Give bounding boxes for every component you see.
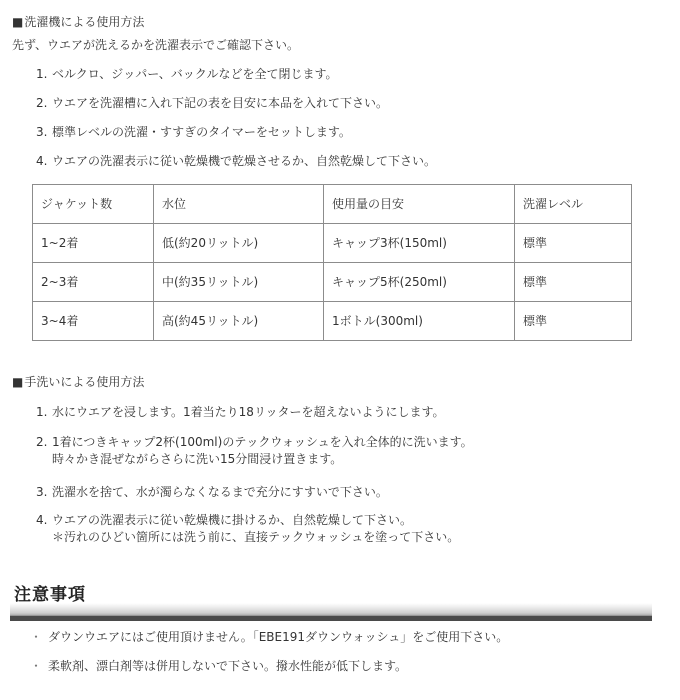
table-cell: キャップ5杯(250ml) bbox=[324, 263, 515, 302]
table-cell: 中(約35リットル) bbox=[154, 263, 324, 302]
note-item: ・ダウンウエアにはご使用頂けません。「EBE191ダウンウォッシュ」をご使用下さ… bbox=[30, 631, 508, 643]
table-row: 1~2着 低(約20リットル) キャップ3杯(150ml) 標準 bbox=[33, 224, 632, 263]
machine-wash-title: ■洗濯機による使用方法 bbox=[12, 16, 144, 28]
table-header-cell: 水位 bbox=[154, 185, 324, 224]
machine-step-4: 4.ウエアの洗濯表示に従い乾燥機で乾燥させるか、自然乾燥して下さい。 bbox=[36, 155, 436, 167]
table-header-cell: ジャケット数 bbox=[33, 185, 154, 224]
machine-step-3: 3.標準レベルの洗濯・すすぎのタイマーをセットします。 bbox=[36, 126, 351, 138]
table-cell: キャップ3杯(150ml) bbox=[324, 224, 515, 263]
hand-wash-title: ■手洗いによる使用方法 bbox=[12, 376, 144, 388]
table-cell: 標準 bbox=[515, 224, 632, 263]
note-item: ・柔軟剤、漂白剤等は併用しないで下さい。撥水性能が低下します。 bbox=[30, 660, 407, 672]
table-cell: 1~2着 bbox=[33, 224, 154, 263]
dosage-table: ジャケット数 水位 使用量の目安 洗濯レベル 1~2着 低(約20リットル) キ… bbox=[32, 184, 632, 341]
hand-step-1: 1.水にウエアを浸します。1着当たり18リッターを超えないようにします。 bbox=[36, 406, 445, 418]
table-cell: 標準 bbox=[515, 302, 632, 341]
table-header-row: ジャケット数 水位 使用量の目安 洗濯レベル bbox=[33, 185, 632, 224]
bullet-icon: ・ bbox=[30, 631, 48, 643]
hand-step-3: 3.洗濯水を捨て、水が濁らなくなるまで充分にすすいで下さい。 bbox=[36, 486, 388, 498]
table-cell: 標準 bbox=[515, 263, 632, 302]
table-header-cell: 洗濯レベル bbox=[515, 185, 632, 224]
hand-step-2: 2.1着につきキャップ2杯(100ml)のテックウォッシュを入れ全体的に洗います… bbox=[36, 436, 473, 465]
table-header-cell: 使用量の目安 bbox=[324, 185, 515, 224]
table-cell: 3~4着 bbox=[33, 302, 154, 341]
heading-underline-bar bbox=[10, 603, 652, 621]
table-row: 3~4着 高(約45リットル) 1ボトル(300ml) 標準 bbox=[33, 302, 632, 341]
bullet-icon: ・ bbox=[30, 660, 48, 672]
square-bullet-icon: ■ bbox=[12, 375, 23, 389]
machine-step-2: 2.ウエアを洗濯槽に入れ下記の表を目安に本品を入れて下さい。 bbox=[36, 97, 388, 109]
table-cell: 1ボトル(300ml) bbox=[324, 302, 515, 341]
machine-wash-intro: 先ず、ウエアが洗えるかを洗濯表示でご確認下さい。 bbox=[12, 39, 299, 51]
machine-step-1: 1.ベルクロ、ジッパー、バックルなどを全て閉じます。 bbox=[36, 68, 337, 80]
notes-heading: 注意事項 bbox=[14, 587, 86, 604]
square-bullet-icon: ■ bbox=[12, 15, 23, 29]
hand-step-4: 4.ウエアの洗濯表示に従い乾燥機に掛けるか、自然乾燥して下さい。 ＊汚れのひどい… bbox=[36, 514, 459, 543]
table-cell: 高(約45リットル) bbox=[154, 302, 324, 341]
table-row: 2~3着 中(約35リットル) キャップ5杯(250ml) 標準 bbox=[33, 263, 632, 302]
table-cell: 2~3着 bbox=[33, 263, 154, 302]
table-cell: 低(約20リットル) bbox=[154, 224, 324, 263]
